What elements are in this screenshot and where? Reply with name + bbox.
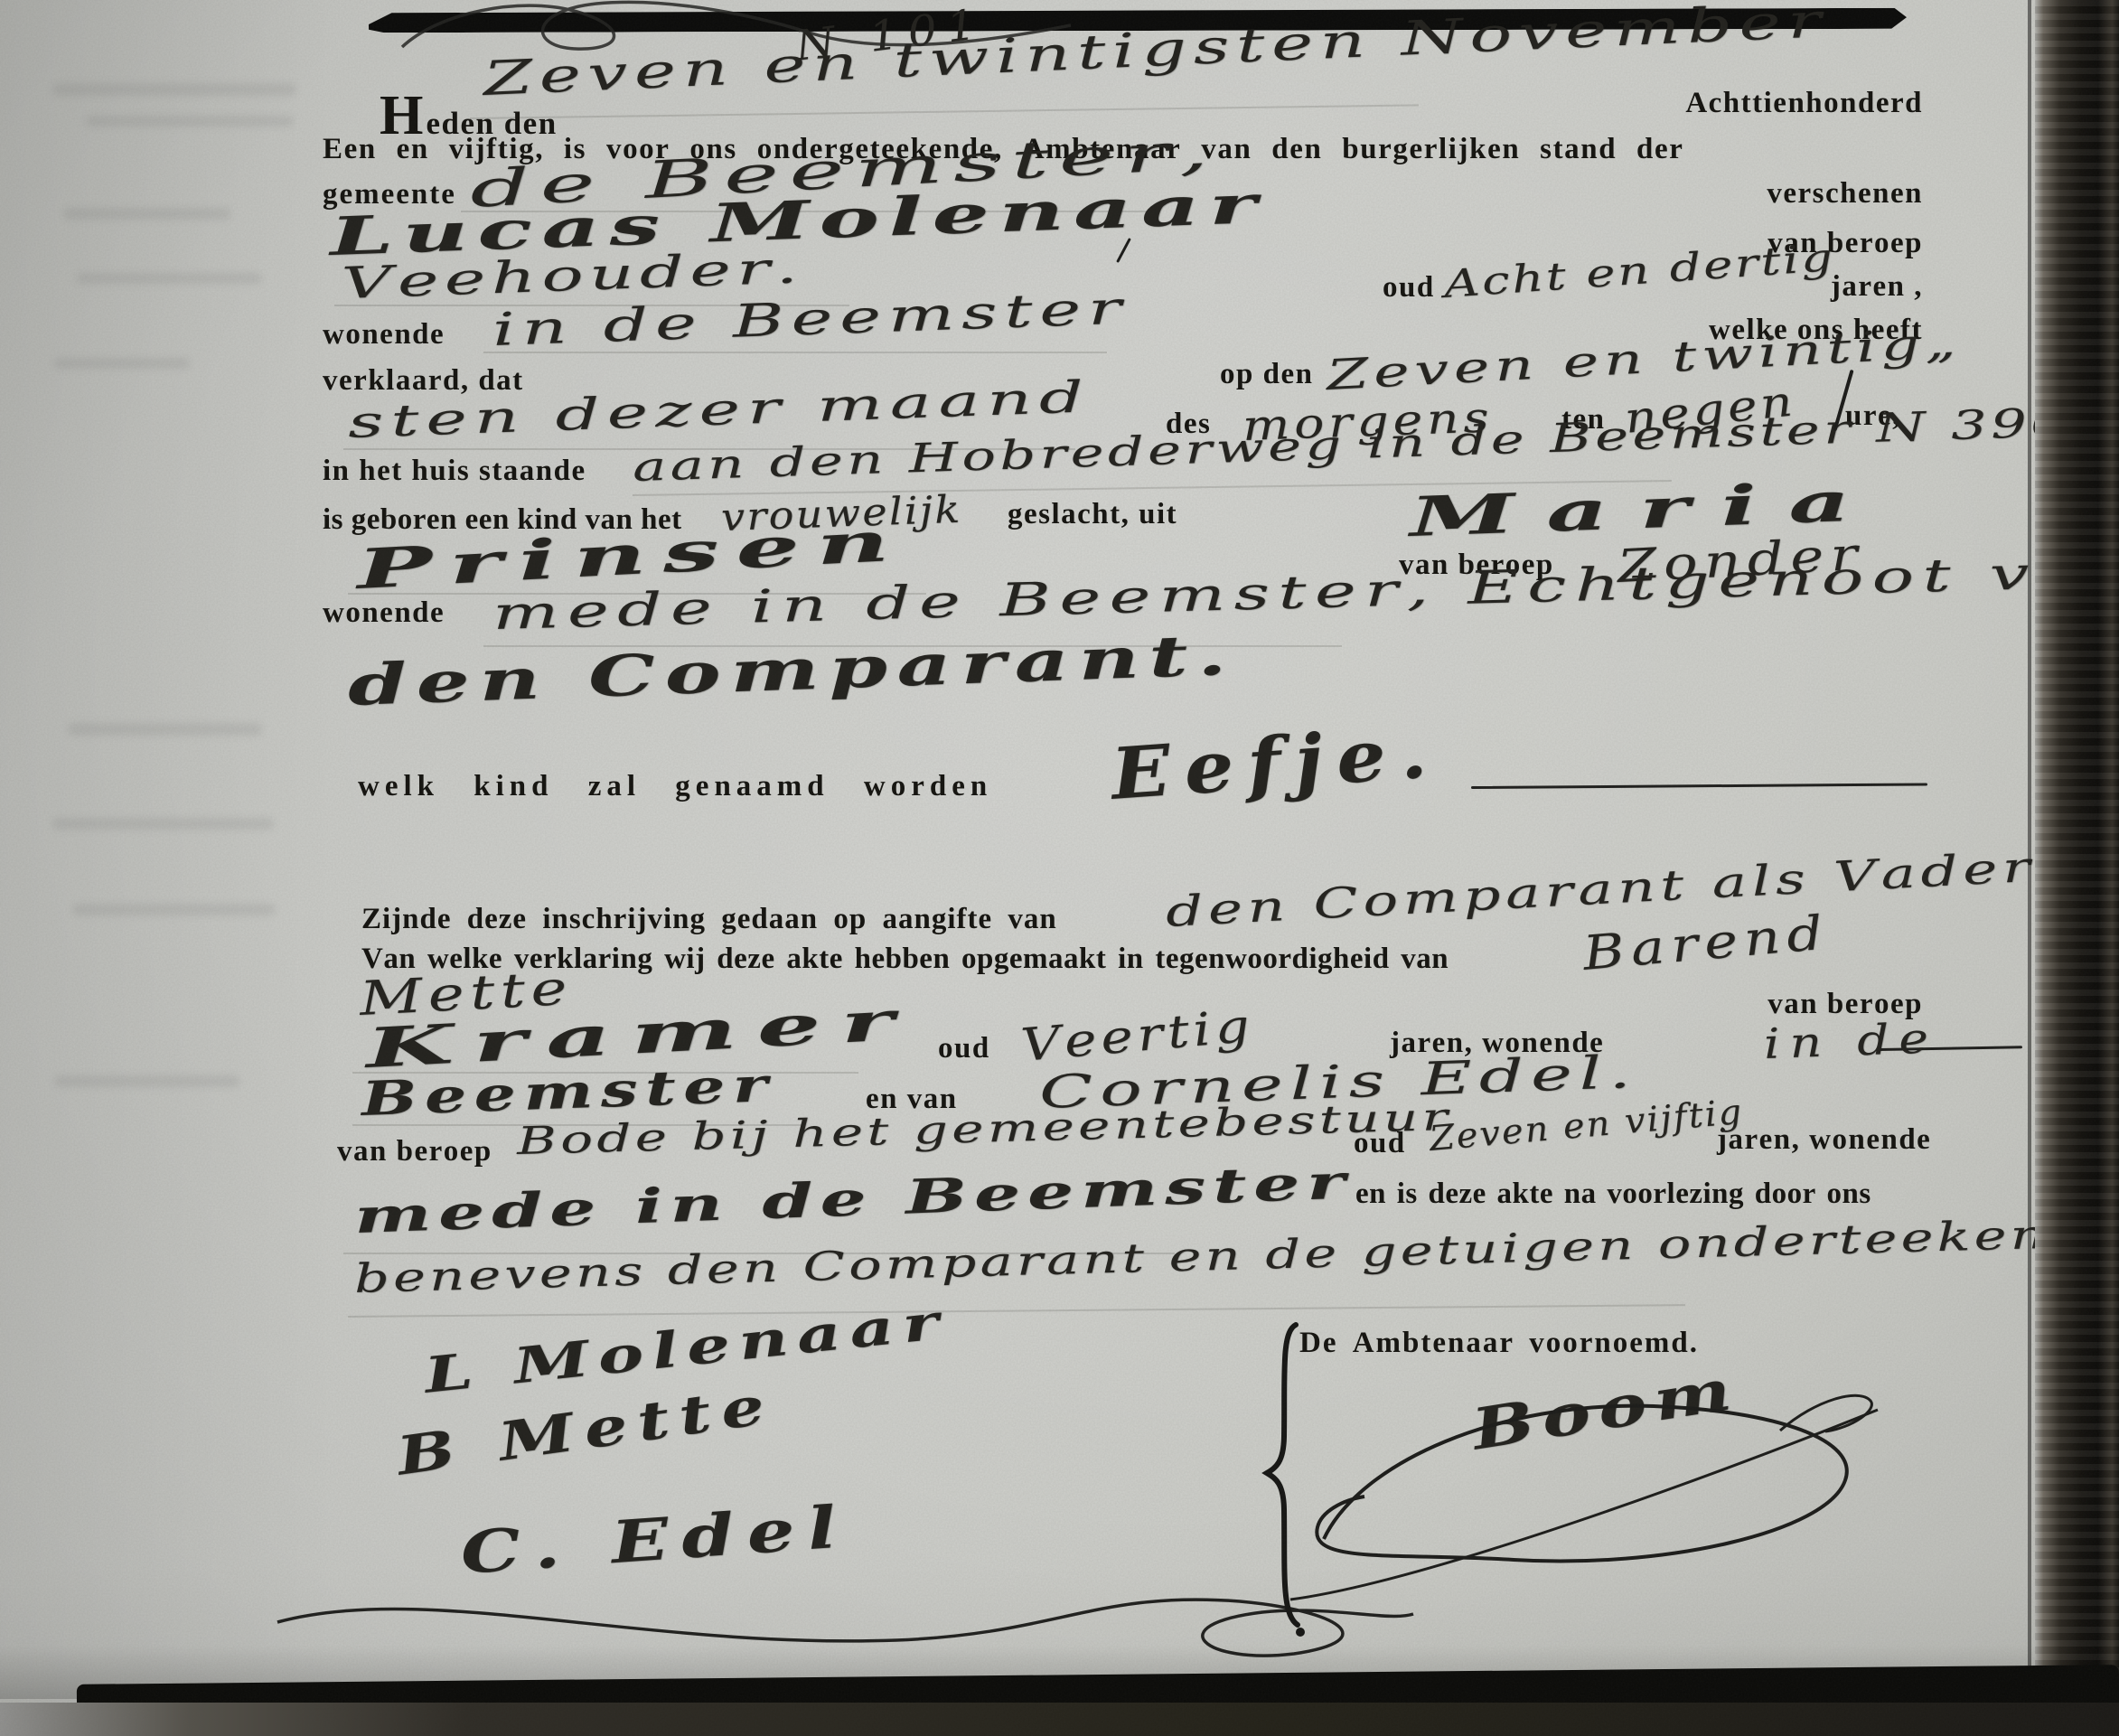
hw-witness1-residence: in de (1763, 1013, 1939, 1068)
ghost-ink-bleed (52, 83, 296, 96)
ghost-ink-bleed (54, 358, 190, 369)
printed-jaren-wonende-witness2: jaren, wonende (1717, 1123, 1931, 1157)
hand-drawn-line (1471, 783, 1927, 789)
ghost-ink-bleed (72, 904, 276, 915)
printed-achttienhonderd: Achttienhonderd (1685, 87, 1923, 120)
page-edge-line (2028, 0, 2031, 1736)
ghost-ink-bleed (68, 723, 262, 736)
printed-wonende-mother: wonende (323, 596, 445, 630)
hw-child-name: Eefje. (1109, 711, 1443, 816)
ghost-ink-bleed (86, 116, 294, 127)
printed-op-den: op den (1220, 358, 1313, 391)
printed-wonende-declarant: wonende (323, 318, 445, 352)
hw-witness1-first-name: Barend (1580, 906, 1831, 981)
ruled-line (470, 104, 1419, 119)
printed-oud-witness1: oud (938, 1032, 990, 1065)
printed-geslacht-uit: geslacht, uit (1008, 498, 1177, 531)
signature-flourish-official (1274, 1345, 1898, 1616)
hw-birth-day: Zeven en twintig„ (1326, 317, 1963, 399)
printed-voorlezing: en is deze akte na voorlezing door ons (1355, 1178, 1871, 1211)
printed-huis-staande: in het huis staande (323, 455, 586, 488)
printed-jaren-declarant: jaren , (1831, 270, 1923, 304)
printed-verschenen: verschenen (1767, 177, 1923, 211)
ghost-ink-bleed (54, 1075, 239, 1087)
printed-oud-declarant: oud (1383, 271, 1435, 305)
hw-informant: den Comparant als Vader. (1165, 840, 2060, 936)
hw-declarant-age: Acht en dertig (1442, 235, 1836, 306)
ghost-ink-bleed (52, 818, 274, 830)
header-flourish (384, 0, 1098, 67)
ghost-ink-bleed (77, 273, 262, 284)
hw-witness2-residence: mede in de Beemster (353, 1154, 1353, 1244)
printed-welk-kind: welk kind zal genaamd worden (358, 770, 992, 803)
birth-certificate-scan: N 101 Heden den Zeven en twintigsten Nov… (0, 0, 2119, 1736)
pen-tick (1116, 238, 1131, 263)
book-binding-edge (2035, 0, 2119, 1736)
ruled-line (348, 1304, 1685, 1318)
table-below-page (0, 1703, 2119, 1736)
hw-mother-residence-cont: den Comparant. (347, 622, 1237, 718)
printed-zijnde: Zijnde deze inschrijving gedaan op aangi… (361, 903, 1057, 936)
printed-van-beroep-witness2: van beroep (337, 1135, 492, 1168)
ghost-ink-bleed (63, 208, 230, 220)
